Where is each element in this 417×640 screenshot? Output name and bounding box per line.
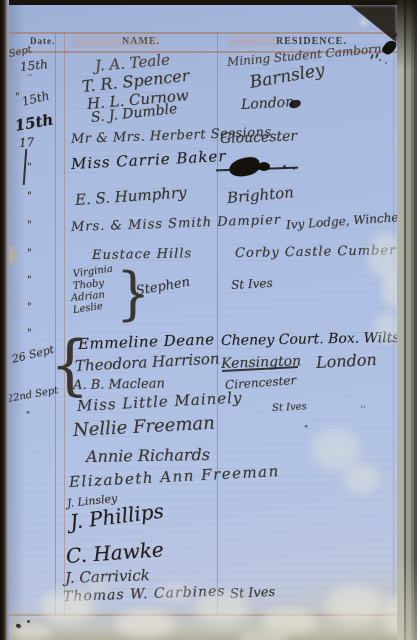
- entry-residence: St Ives: [230, 586, 276, 601]
- entry-date-underdots: ··: [27, 72, 32, 80]
- entry-date-ditto: ": [27, 329, 32, 339]
- entry-date-ditto: ": [27, 221, 32, 231]
- ink-speck: [385, 62, 387, 64]
- rule-header-top: [9, 32, 397, 34]
- entry-residence: London: [241, 95, 295, 112]
- entry-name: C. Hawke: [65, 539, 164, 566]
- ink-speck: [283, 165, 286, 168]
- entry-name: J. Carrivick: [65, 568, 150, 586]
- entry-date-ditto: ": [27, 163, 32, 173]
- rule-footer: [9, 614, 397, 616]
- entry-date-ditto: ": [26, 412, 30, 421]
- entry-date-ditto: ": [304, 426, 308, 435]
- entry-date-ditto: ": [27, 303, 32, 313]
- pen-tick-marks: ··: [360, 404, 366, 413]
- entry-date-ditto: ": [15, 93, 20, 103]
- entry-residence: Cheney Court. Box. Wilts.: [221, 331, 404, 348]
- ink-speck: [379, 59, 381, 61]
- entry-residence: Gloucester: [220, 129, 297, 146]
- ink-speck: [293, 168, 295, 170]
- book-edge-top: [0, 0, 417, 5]
- entry-residence: London: [316, 352, 378, 371]
- ink-bleedthrough: [70, 37, 160, 47]
- entry-date-ditto: ": [27, 192, 32, 202]
- register-page-photo: Date. NAME. RESIDENCE. Sept 15th ·· " 15…: [0, 0, 417, 640]
- rule-date-column-b: [64, 32, 65, 615]
- bottom-staining: [9, 603, 397, 640]
- entry-date: 17: [19, 136, 35, 149]
- entry-residence: St Ives: [231, 277, 273, 291]
- page-edges-highlight: [397, 560, 417, 640]
- entry-date: 15th: [19, 58, 48, 73]
- rule-name-residence-divider: [217, 32, 218, 615]
- rule-right-margin: [393, 32, 394, 615]
- page-edges-right: [397, 0, 417, 640]
- ink-bleedthrough: [228, 37, 278, 46]
- page-edges-shadow: [397, 0, 417, 70]
- rule-date-column-a: [55, 32, 56, 615]
- book-binding-left: [0, 0, 9, 640]
- ink-speck: [27, 620, 30, 623]
- entry-date-ditto: ": [27, 276, 32, 286]
- entry-name: Annie Richards: [86, 447, 210, 465]
- entry-date-ditto: ": [27, 249, 32, 259]
- entry-residence: Corby Castle Cumberland.: [235, 244, 417, 260]
- group-brace-left: {: [50, 333, 89, 398]
- column-header-date: Date.: [30, 36, 55, 46]
- ink-blot: [258, 162, 270, 171]
- entry-residence: St Ives: [272, 402, 307, 414]
